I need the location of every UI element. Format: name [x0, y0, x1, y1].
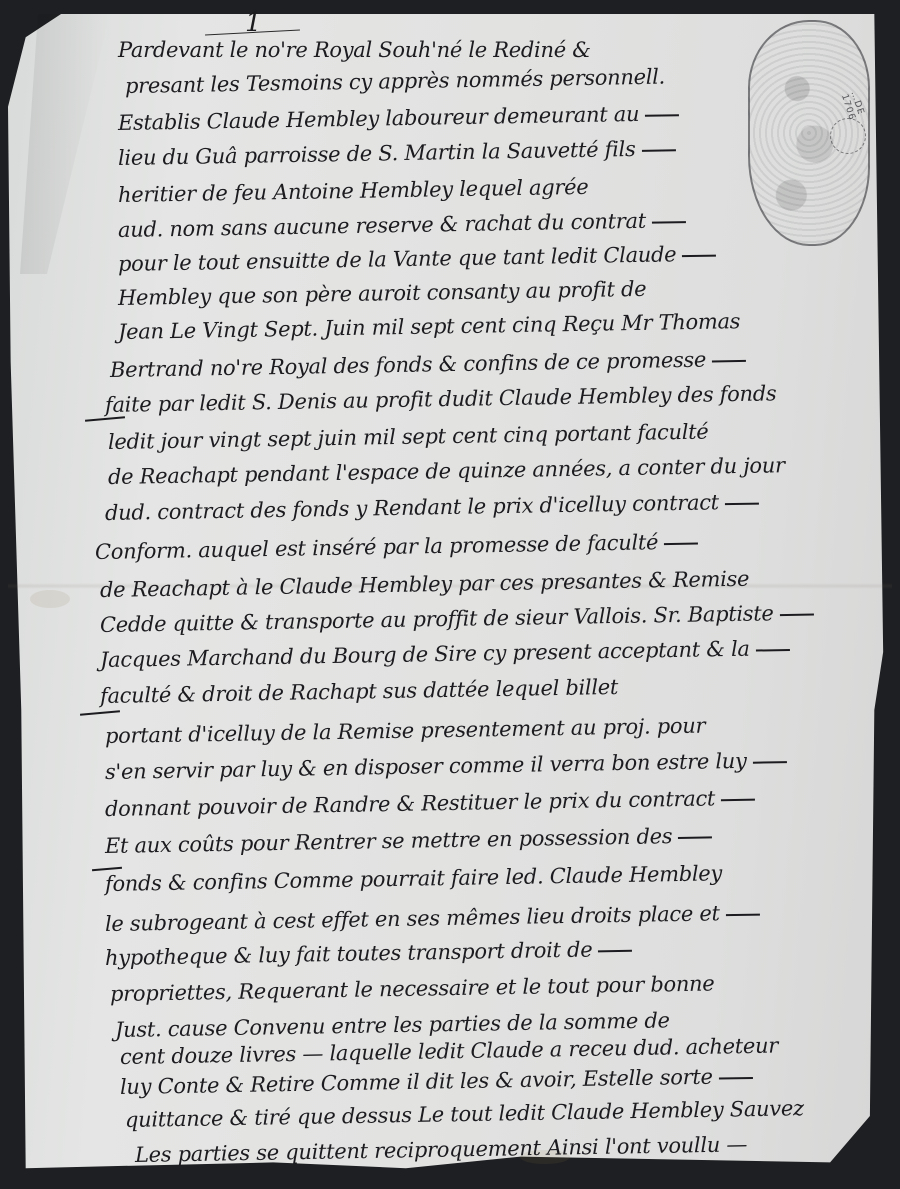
text-line: Cedde quitte & transporte au proffit de …: [100, 601, 814, 637]
text-line: quittance & tiré que dessus Le tout ledi…: [125, 1096, 804, 1132]
text-line: faite par ledit S. Denis au profit dudit…: [105, 381, 777, 417]
text-line: de Reachapt pendant l'espace de quinze a…: [108, 453, 785, 489]
margin-dash: [85, 416, 125, 421]
text-line: hypotheque & luy fait toutes transport d…: [105, 937, 633, 970]
text-line: Pardevant le no're Royal Souh'né le Redi…: [118, 38, 591, 62]
text-line: fonds & confins Comme pourrait faire led…: [105, 861, 722, 896]
text-line: Establis Claude Hembley laboureur demeur…: [118, 101, 680, 135]
text-line: de Reachapt à le Claude Hembley par ces …: [100, 567, 750, 602]
text-line: Jean Le Vingt Sept. Juin mil sept cent c…: [118, 309, 741, 344]
text-line: portant d'icelluy de la Remise presentem…: [105, 714, 706, 748]
text-line: Jacques Marchand du Bourg de Sire cy pre…: [100, 636, 790, 672]
text-line: Bertrand no're Royal des fonds & confins…: [110, 347, 746, 382]
text-line: luy Conte & Retire Comme il dit les & av…: [120, 1064, 753, 1099]
manuscript-text: Pardevant le no're Royal Souh'né le Redi…: [0, 0, 900, 1189]
text-line: Conform. auquel est inséré par la promes…: [95, 529, 699, 564]
margin-dash: [80, 710, 120, 715]
text-line: lieu du Guâ parroisse de S. Martin la Sa…: [118, 136, 676, 170]
text-line: Hembley que son père auroit consanty au …: [118, 277, 647, 310]
text-line: ledit jour vingt sept juin mil sept cent…: [108, 420, 709, 454]
text-line: dud. contract des fonds y Rendant le pri…: [105, 490, 759, 525]
text-line: faculté & droit de Rachapt sus dattée le…: [100, 675, 618, 708]
text-line: Les parties se quittent reciproquement A…: [135, 1132, 747, 1167]
text-line: pour le tout ensuitte de la Vante que ta…: [118, 242, 717, 276]
margin-dash: [92, 867, 122, 872]
text-line: heritier de feu Antoine Hembley lequel a…: [118, 175, 589, 207]
text-line: aud. nom sans aucune reserve & rachat du…: [118, 208, 686, 242]
text-line: le subrogeant à cest effet en ses mêmes …: [105, 901, 760, 936]
text-line: s'en servir par luy & en disposer comme …: [105, 748, 787, 784]
text-line: donnant pouvoir de Randre & Restituer le…: [105, 786, 755, 821]
text-line: propriettes, Requerant le necessaire et …: [110, 971, 715, 1006]
text-line: presant les Tesmoins cy apprès nommés pe…: [125, 65, 665, 98]
text-line: Et aux coûts pour Rentrer se mettre en p…: [105, 823, 713, 858]
